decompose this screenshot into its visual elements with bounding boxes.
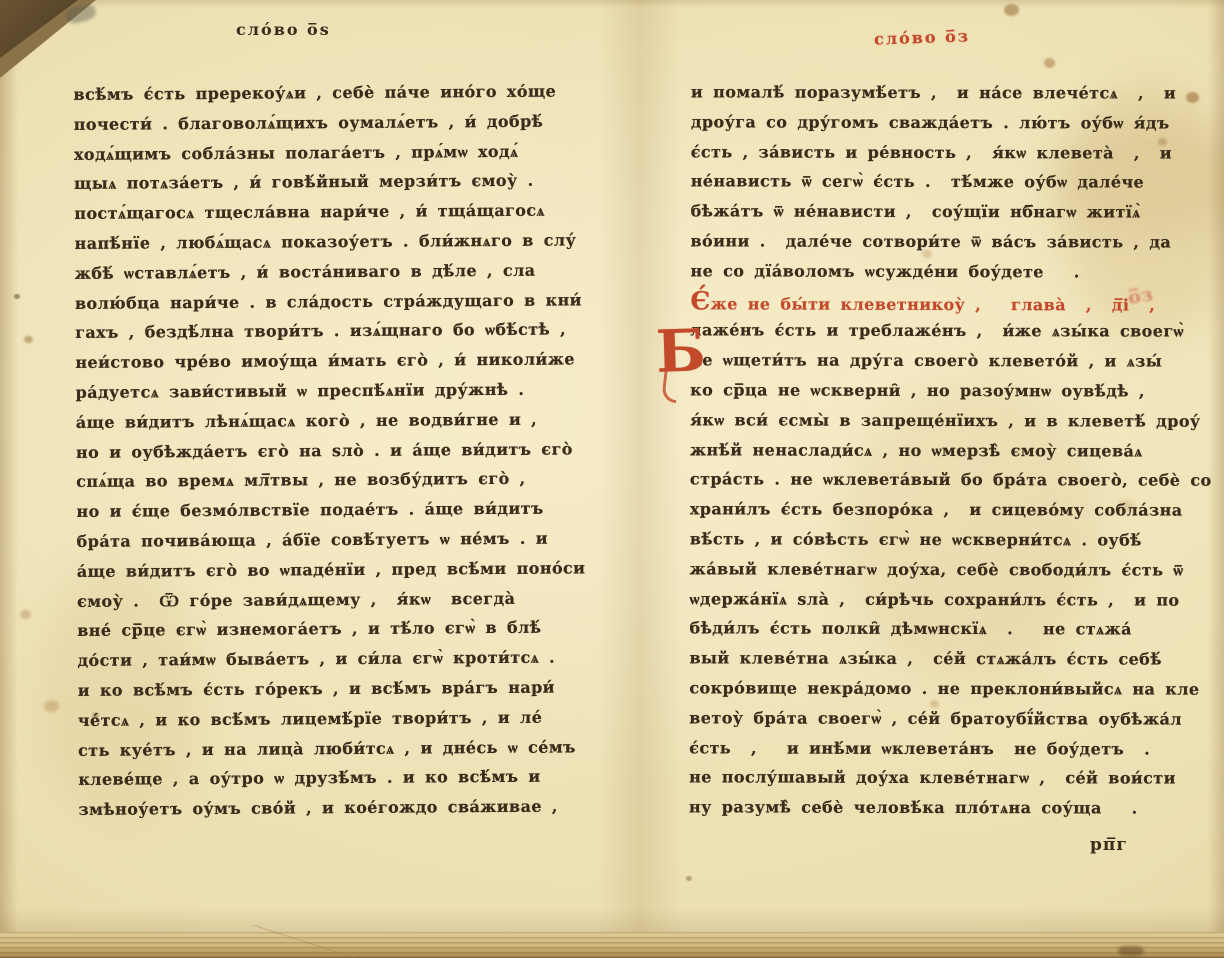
text-line: вѣ́сть , и со́вѣсть єгѡ̀ не ѡскверни́тсѧ… xyxy=(690,524,1212,555)
book-scan: сло́во о̅ѕ всѣ́мъ є́сть пререкоу́ѧи , се… xyxy=(0,0,1224,958)
text-line: клеве́ще , а оу́тро ѡ друзѣ́мъ . и ко вс… xyxy=(78,761,626,795)
text-line: постѧ́щагосѧ тщесла́вна нари́че , и́ тща… xyxy=(74,195,622,229)
text-line: не́нависть ѿ сегѡ̀ є́сть . тѣ́мже оу́бѡ … xyxy=(691,167,1213,198)
text-line: вый клеве́тна ѧзы́ка , се́й стѧжа́лъ є́с… xyxy=(689,643,1211,674)
text-line: храни́лъ є́сть безпоро́ка , и сицево́му … xyxy=(690,494,1212,525)
text-line: є́сть , и инѣ́ми ѡклевета́нъ не боу́детъ… xyxy=(689,733,1211,764)
right-page-header: сло́во о̅з xyxy=(874,26,971,48)
text-line: сокро́вище некра́домо . не преклони́выйс… xyxy=(689,673,1211,704)
text-line: ветоу̀ бра́та своегѡ̀ , се́й братоубї́йс… xyxy=(689,703,1211,734)
right-page-paragraph: и помалѣ́ поразумѣ́етъ , и на́се влече́т… xyxy=(690,77,1213,287)
foxing-spot xyxy=(686,876,692,881)
text-line: спѧ́ща во времѧ мл̅твы , не возбу́дитъ є… xyxy=(76,463,624,497)
text-line: ѡдержа́нїѧ ѕла̀ , си́рѣчь сохрани́лъ є́с… xyxy=(690,584,1212,615)
folio-number: рп̅г xyxy=(1090,835,1128,855)
text-line: не со дїа́воломъ ѡсужде́ни боу́дете . xyxy=(690,256,1212,287)
text-line: вне́ ср̅це єгѡ̀ изнемога́етъ , и тѣ́ло є… xyxy=(77,612,625,646)
page-stack-edge xyxy=(0,932,1224,958)
drop-cap-flourish xyxy=(661,365,680,403)
left-page-header: сло́во о̅ѕ xyxy=(236,20,331,39)
page-edge-top xyxy=(0,0,1224,8)
text-line: я́кѡ вси́ єсмы̀ в запреще́нїихъ , и в кл… xyxy=(690,405,1212,436)
text-line: напѣ́нїе , любѧ́щасѧ показоу́етъ . бли́ж… xyxy=(74,225,622,259)
text-line: и помалѣ́ поразумѣ́етъ , и на́се влече́т… xyxy=(691,77,1213,108)
drop-cap-paragraph: Б лаже́нъ є́сть и треблаже́нъ , и́же ѧзы… xyxy=(690,316,1212,407)
text-line: лаже́нъ є́сть и треблаже́нъ , и́же ѧзы́к… xyxy=(690,316,1212,347)
text-line: но и є́ще безмо́лвствїе подае́тъ . а́ще … xyxy=(76,493,624,527)
text-line: волю́бца нари́че . в сла́дость стра́ждущ… xyxy=(75,285,623,319)
text-line: а́ще ви́дитъ єго̀ во ѡпаде́нїи , пред вс… xyxy=(77,553,625,587)
foxing-spot xyxy=(1044,58,1055,68)
right-page-paragraph: я́кѡ вси́ єсмы̀ в запреще́нїихъ , и в кл… xyxy=(689,405,1212,824)
text-line: жбѣ́ ѡставлѧ́етъ , и́ воста́ниваго в дѣ́… xyxy=(75,255,623,289)
text-line: не послу́шавый доу́ха клеве́тнагѡ , се́й… xyxy=(689,763,1211,794)
drop-cap-initial: Б xyxy=(655,309,698,406)
text-line: не ѡщети́тъ на дру́га своего̀ клевето́й … xyxy=(690,345,1212,376)
text-line: ну разумѣ̀ себѐ человѣ́ка пло́тѧна соу́щ… xyxy=(689,792,1211,823)
text-line: щыѧ потѧза́етъ , и́ говѣ́йный мерзи́тъ є… xyxy=(74,165,622,199)
text-line: во́ини . дале́че сотвори́те ѿ ва́съ за́в… xyxy=(691,226,1213,257)
text-line: всѣ́мъ є́сть пререкоу́ѧи , себѐ па́че ин… xyxy=(73,76,621,110)
text-line: бра́та почива́юща , а́бїе совѣ́туетъ ѡ н… xyxy=(77,523,625,557)
text-line: но и оубѣжда́етъ єго̀ на ѕло̀ . и а́ще в… xyxy=(76,434,624,468)
text-line: жнѣ́й ненаслади́сѧ , но ѡмерзѣ̀ ємоу̀ си… xyxy=(690,435,1212,466)
text-line: бѣди́лъ є́сть полки̑ дѣмѡнскїѧ . не стѧж… xyxy=(689,614,1211,645)
text-line: дроу́га со дру́гомъ сважда́етъ . лю́тъ о… xyxy=(691,107,1213,138)
drop-cap-letter: Б xyxy=(655,317,707,387)
text-line: бѣжа́тъ ѿ не́нависти , соу́щїи нб̅нагѡ ж… xyxy=(691,197,1213,228)
right-page-text: и помалѣ́ поразумѣ́етъ , и на́се влече́т… xyxy=(689,77,1213,823)
text-line: до́сти , таи́мѡ быва́етъ , и си́ла єгѡ̀ … xyxy=(77,642,625,676)
page-edge-left xyxy=(0,0,18,958)
right-page-paragraph: лаже́нъ є́сть и треблаже́нъ , и́же ѧзы́к… xyxy=(690,316,1212,407)
text-line: ємоу̀ . Ѿ го́ре зави́дѧщему , я́кѡ всегд… xyxy=(77,583,625,617)
left-page-text: всѣ́мъ є́сть пререкоу́ѧи , себѐ па́че ин… xyxy=(73,76,626,825)
text-line: є́сть , за́висть и ре́вность , я́кѡ клев… xyxy=(691,137,1213,168)
text-line: сть куе́тъ , и на лица̀ люби́тсѧ , и дне… xyxy=(78,732,626,766)
foxing-spot xyxy=(24,336,33,343)
text-line: почести́ . благоволѧ́щихъ оумалѧ́етъ , и… xyxy=(74,106,622,140)
margin-rubric-mark: о̅з xyxy=(1126,284,1154,308)
text-line: че́тсѧ , и ко всѣ́мъ лицемѣ́рїе твори́тъ… xyxy=(78,702,626,736)
text-line: змѣноу́етъ оу́мъ сво́й , и кое́гождо сва… xyxy=(78,791,626,825)
foxing-spot xyxy=(20,610,31,619)
text-line: ходѧ́щимъ собла́зны полага́етъ , прѧ́мѡ … xyxy=(74,136,622,170)
text-line: гахъ , бездѣ́лна твори́тъ . изѧ́щнаго бо… xyxy=(75,314,623,348)
text-line: жа́вый клеве́тнагѡ доу́ха, себѐ свободи́… xyxy=(690,554,1212,585)
text-line: ко ср̅ца не ѡскверни̑ , но разоу́мнѡ оув… xyxy=(690,375,1212,406)
text-line: а́ще ви́дитъ лѣнѧ́щасѧ кого̀ , не водви́… xyxy=(76,404,624,438)
foxing-spot xyxy=(44,700,59,712)
text-line: ра́дуетсѧ зави́стивый ѡ преспѣ́ѧнїи дру́… xyxy=(75,374,623,408)
text-line: стра́сть . не ѡклевета́вый бо бра́та сво… xyxy=(690,465,1212,496)
text-line: и ко всѣ́мъ є́сть го́рекъ , и всѣ́мъ вра… xyxy=(78,672,626,706)
text-line: неи́стово чре́во имоу́ща и́мать єго̀ , и… xyxy=(75,344,623,378)
